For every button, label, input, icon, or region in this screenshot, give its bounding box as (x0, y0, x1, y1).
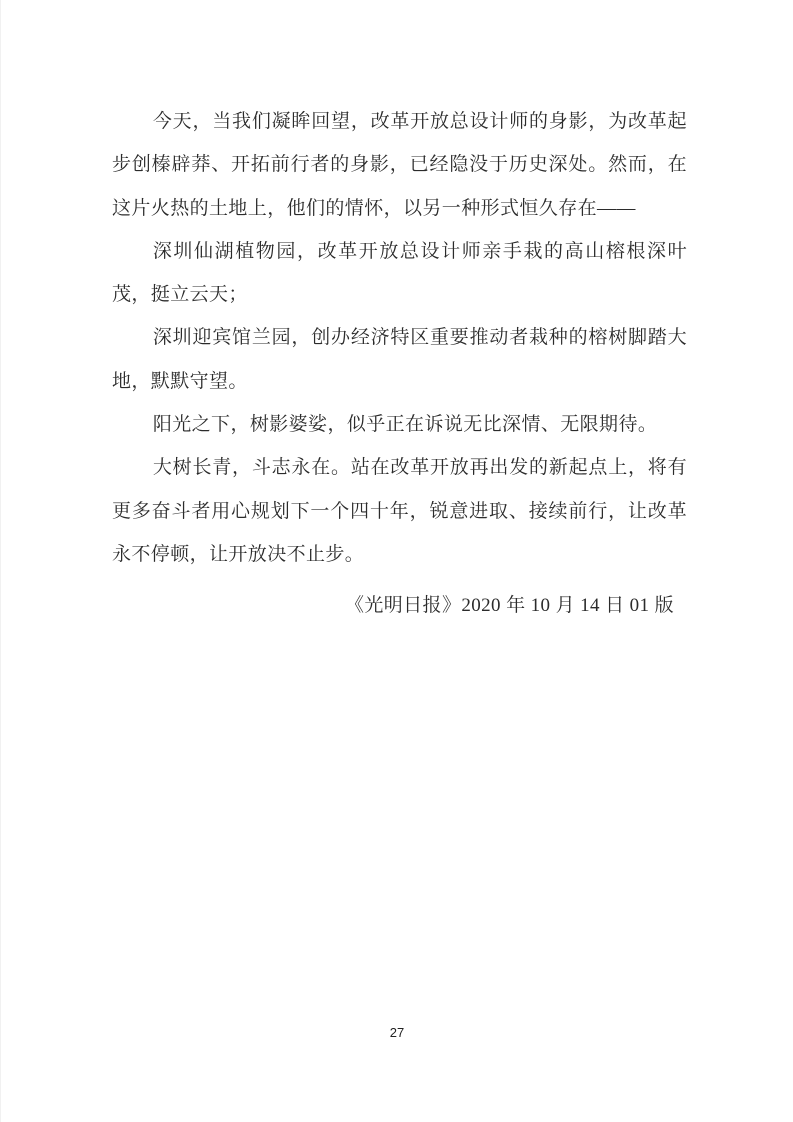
document-page: 今天，当我们凝眸回望，改革开放总设计师的身影，为改革起步创榛辟莽、开拓前行者的身… (0, 0, 793, 1122)
body-paragraph: 深圳迎宾馆兰园，创办经济特区重要推动者栽种的榕树脚踏大地，默默守望。 (112, 316, 687, 403)
body-paragraph: 今天，当我们凝眸回望，改革开放总设计师的身影，为改革起步创榛辟莽、开拓前行者的身… (112, 100, 687, 230)
page-number: 27 (1, 1024, 793, 1042)
body-paragraph: 阳光之下，树影婆娑，似乎正在诉说无比深情、无限期待。 (112, 403, 687, 446)
source-citation: 《光明日报》2020 年 10 月 14 日 01 版 (112, 584, 687, 627)
document-body: 今天，当我们凝眸回望，改革开放总设计师的身影，为改革起步创榛辟莽、开拓前行者的身… (112, 100, 687, 628)
body-paragraph: 深圳仙湖植物园，改革开放总设计师亲手栽的高山榕根深叶茂，挺立云天； (112, 230, 687, 317)
body-paragraph: 大树长青，斗志永在。站在改革开放再出发的新起点上，将有更多奋斗者用心规划下一个四… (112, 446, 687, 576)
